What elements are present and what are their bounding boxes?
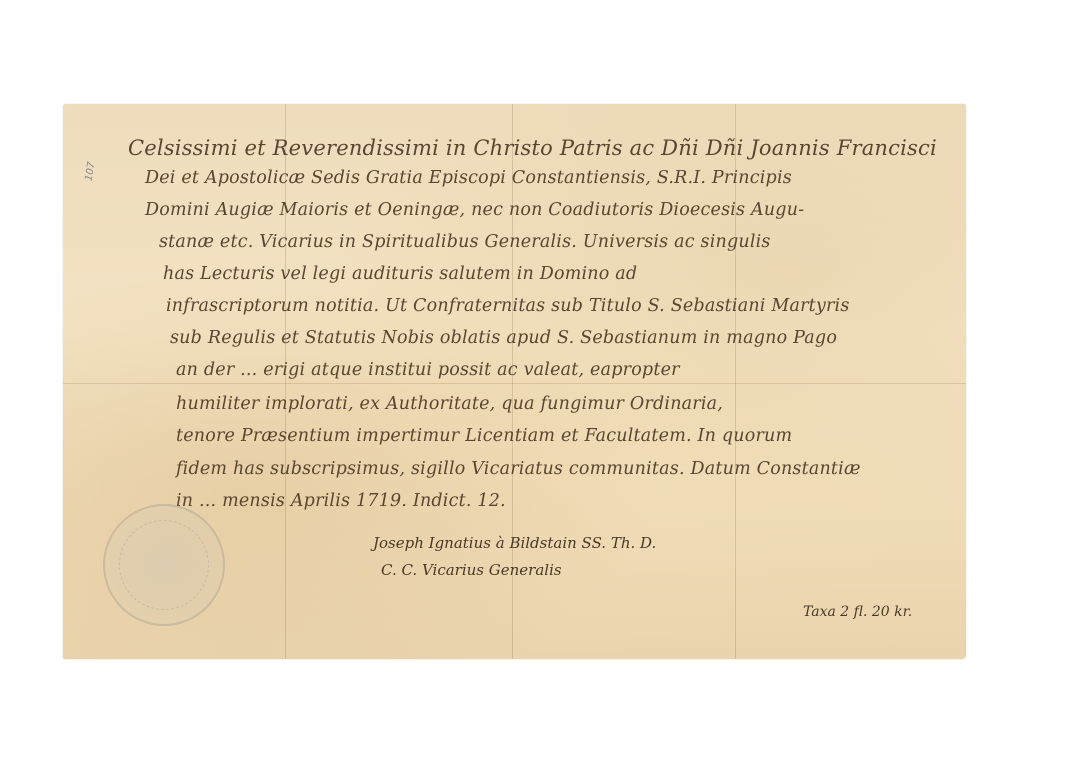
text-line: infrascriptorum notitia. Ut Confraternit… (166, 296, 850, 316)
text-line: an der ... erigi atque institui possit a… (176, 360, 680, 380)
text-line: sub Regulis et Statutis Nobis oblatis ap… (170, 328, 837, 348)
signature-line: C. C. Vicarius Generalis (381, 561, 562, 579)
signature-line: Joseph Ignatius à Bildstain SS. Th. D. (373, 534, 656, 552)
text-line: stanæ etc. Vicarius in Spiritualibus Gen… (159, 232, 771, 252)
margin-note: 107 (83, 161, 97, 182)
text-line: Celsissimi et Reverendissimi in Christo … (128, 136, 937, 160)
text-line: in ... mensis Aprilis 1719. Indict. 12. (176, 491, 506, 511)
fee-note: Taxa 2 fl. 20 kr. (803, 604, 912, 620)
text-line: tenore Præsentium impertimur Licentiam e… (176, 426, 792, 446)
text-line: Domini Augiæ Maioris et Oeningæ, nec non… (145, 200, 804, 220)
wax-seal (103, 504, 225, 626)
text-line: fidem has subscripsimus, sigillo Vicaria… (176, 459, 861, 479)
manuscript-paper: 107 Celsissimi et Reverendissimi in Chri… (63, 104, 966, 659)
text-line: humiliter implorati, ex Authoritate, qua… (176, 394, 723, 414)
fold-line (63, 383, 966, 384)
seal-ring (119, 520, 209, 610)
text-line: Dei et Apostolicæ Sedis Gratia Episcopi … (145, 168, 792, 188)
text-line: has Lecturis vel legi audituris salutem … (163, 264, 637, 284)
